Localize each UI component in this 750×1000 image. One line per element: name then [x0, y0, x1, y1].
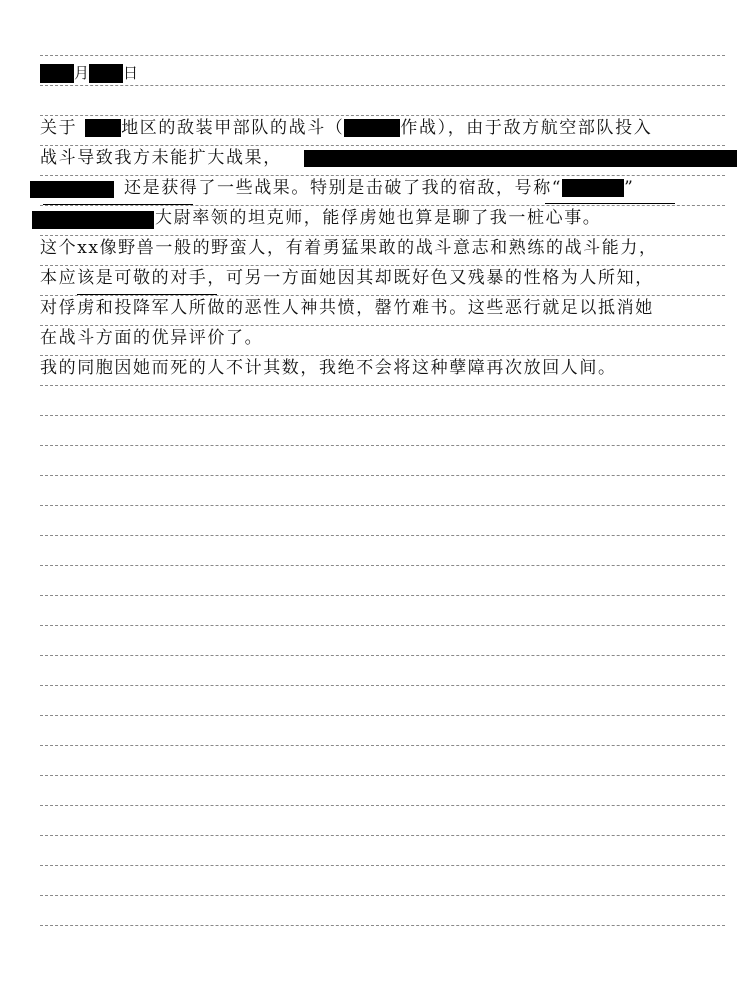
text: 关于 — [40, 118, 77, 138]
para1-line4: 大尉率领的坦克师，能俘虏她也算是聊了我一桩心事。 — [155, 203, 601, 233]
redacted-captain-name — [32, 211, 154, 229]
ruled-line — [40, 805, 725, 806]
notebook-page: 月日 关于地区的敌装甲部队的战斗（作战），由于敌方航空部队投入 战斗导致我方未能… — [0, 0, 750, 1000]
text: 作战），由于敌方航空部队投入 — [400, 118, 652, 138]
text: 对俘虏和投降军人所做的恶性人神共愤，罄竹难书。这些恶行就足以抵消她 — [40, 298, 654, 318]
redacted-long-passage — [304, 150, 737, 167]
ruled-line — [40, 505, 725, 506]
date-line: 月日 — [40, 58, 138, 88]
month-label: 月 — [74, 64, 89, 82]
ruled-line — [40, 55, 725, 56]
ruled-line — [40, 865, 725, 866]
ruled-line — [40, 415, 725, 416]
para2-line1: 这个xx像野兽一般的野蛮人，有着勇猛果敢的战斗意志和熟练的战斗能力， — [40, 233, 658, 263]
text: 这个xx像野兽一般的野蛮人，有着勇猛果敢的战斗意志和熟练的战斗能力， — [40, 238, 658, 258]
day-label: 日 — [123, 64, 138, 82]
ruled-line — [40, 715, 725, 716]
text: 大尉率领的坦克师，能俘虏她也算是聊了我一桩心事。 — [155, 208, 601, 228]
para2-line4: 在战斗方面的优异评价了。 — [40, 323, 263, 353]
redacted-line-start — [30, 181, 114, 198]
ruled-line — [40, 445, 725, 446]
ruled-line — [40, 685, 725, 686]
ruled-line — [40, 775, 725, 776]
para2-line3: 对俘虏和投降军人所做的恶性人神共愤，罄竹难书。这些恶行就足以抵消她 — [40, 293, 654, 323]
text: 地区的敌装甲部队的战斗（ — [121, 118, 344, 138]
redacted-nickname — [562, 179, 624, 197]
text: 我的同胞因她而死的人不计其数，我绝不会将这种孽障再次放回人间。 — [40, 358, 617, 378]
ruled-line — [40, 85, 725, 86]
text: 在战斗方面的优异评价了。 — [40, 328, 263, 348]
text: 战斗导致我方未能扩大战果， — [40, 148, 282, 168]
redacted-operation-name — [344, 119, 400, 137]
ruled-line — [40, 475, 725, 476]
ruled-line — [40, 535, 725, 536]
para1-line1: 关于地区的敌装甲部队的战斗（作战），由于敌方航空部队投入 — [40, 113, 652, 143]
para3-line1: 我的同胞因她而死的人不计其数，我绝不会将这种孽障再次放回人间。 — [40, 353, 617, 383]
ruled-line — [40, 625, 725, 626]
ruled-line — [40, 835, 725, 836]
para1-line3: 还是获得了一些战果。特别是击破了我的宿敌，号称“” — [124, 173, 634, 203]
redacted-day — [89, 64, 123, 83]
para1-line2: 战斗导致我方未能扩大战果， — [40, 143, 282, 173]
redacted-month — [40, 64, 74, 83]
ruled-line — [40, 595, 725, 596]
para2-line2: 本应该是可敬的对手，可另一方面她因其却既好色又残暴的性格为人所知， — [40, 263, 654, 293]
text: ” — [624, 178, 634, 198]
redacted-region-name — [85, 119, 121, 137]
ruled-line — [40, 565, 725, 566]
text: 还是获得了一些战果。特别是击破了我的宿敌，号称“ — [124, 178, 562, 198]
text: 本应该是可敬的对手，可另一方面她因其却既好色又残暴的性格为人所知， — [40, 268, 654, 288]
ruled-line — [40, 895, 725, 896]
ruled-line — [40, 745, 725, 746]
ruled-line — [40, 655, 725, 656]
ruled-line — [40, 385, 725, 386]
ruled-line — [40, 925, 725, 926]
